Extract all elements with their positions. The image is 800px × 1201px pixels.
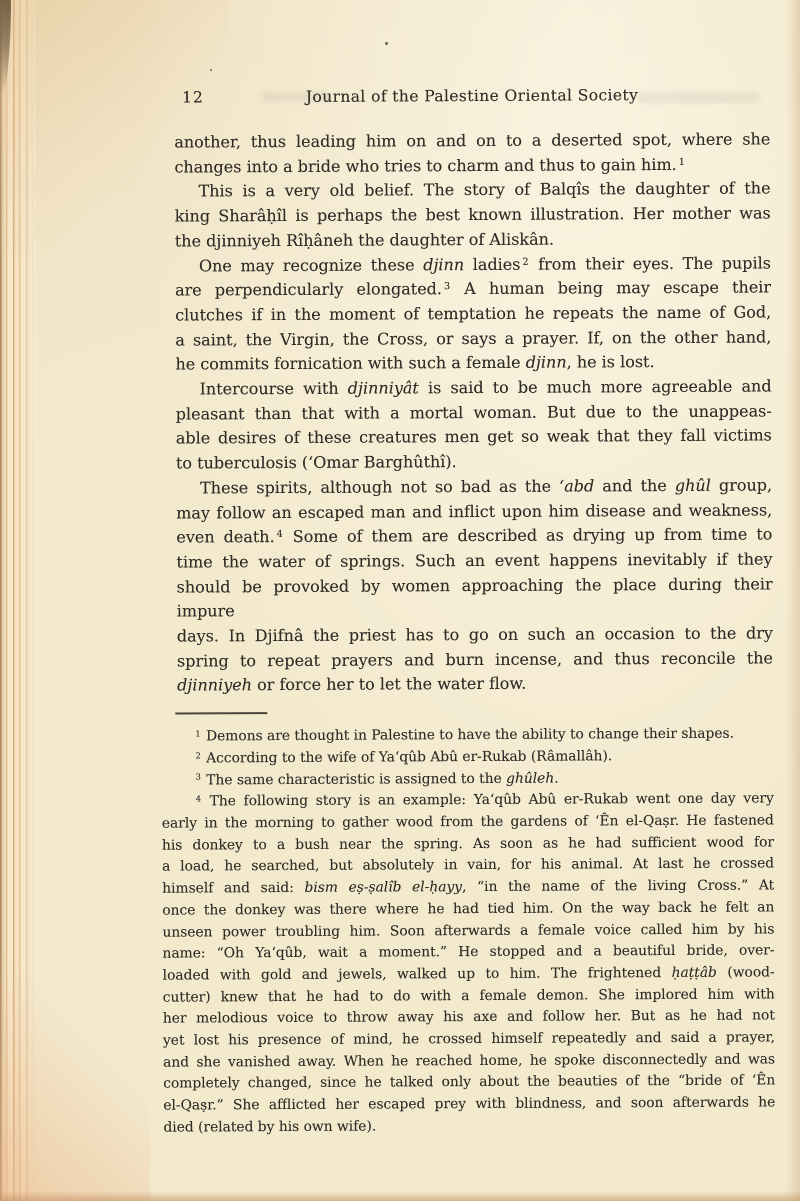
text-line: clutches if in the moment of temptation … (175, 300, 771, 328)
text-line: should be provoked by women approaching … (177, 572, 773, 625)
text-line: days. In Djifnâ the priest has to go on … (177, 621, 773, 649)
text-line: even death.4 Some of them are described … (176, 523, 772, 551)
footnote-marker: 2 (195, 750, 200, 760)
paragraph: Intercourse with djinniyât is said to be… (176, 374, 773, 476)
text-line: 3 The same characteristic is assigned to… (162, 767, 774, 792)
text-line: may follow an escaped man and inflict up… (176, 498, 772, 526)
paragraph: 2 According to the wife of Ya‘qûb Abû er… (161, 745, 773, 770)
ink-speck (210, 69, 212, 71)
paragraph: 1 Demons are thought in Palestine to hav… (161, 724, 773, 749)
footnotes: 1 Demons are thought in Palestine to hav… (161, 724, 775, 1140)
text-line: he commits fornication with such a femal… (175, 350, 771, 378)
text-line: her melodious voice to throw away his ax… (163, 1006, 775, 1031)
paragraph: 3 The same characteristic is assigned to… (162, 767, 774, 792)
text-line: el-Qaṣr.” She afflicted her escaped prey… (163, 1093, 775, 1118)
text-line: pleasant than that with a mortal woman. … (176, 399, 772, 427)
paragraph: This is a very old belief. The story of … (174, 177, 770, 254)
text-line: are perpendicularly elongated.3 A human … (175, 276, 771, 304)
footnote-marker: 3 (196, 772, 201, 782)
page-number: 12 (182, 87, 204, 107)
text-line: djinniyeh or force her to let the water … (177, 671, 773, 699)
footnote-marker: 3 (444, 282, 450, 293)
footnote-separator (175, 712, 267, 714)
text-line: once the donkey was there where he had t… (162, 897, 774, 922)
page-bottom-edge-shade (0, 1191, 800, 1201)
text-line: This is a very old belief. The story of … (174, 177, 770, 205)
text-line: unseen power troubling him. Soon afterwa… (162, 919, 774, 944)
text-line: spring to repeat prayers and burn incens… (177, 646, 773, 674)
ink-speck (385, 42, 388, 45)
footnote-marker: 4 (196, 794, 201, 804)
text-line: a saint, the Virgin, the Cross, or says … (175, 325, 771, 353)
text-line: king Sharâḥîl is perhaps the best known … (175, 202, 771, 230)
page-right-edge-shade (786, 0, 800, 1201)
text-line: his donkey to a bush near the spring. As… (162, 832, 774, 857)
text-line: cutter) knew that he had to do with a fe… (163, 984, 775, 1009)
text-line: 2 According to the wife of Ya‘qûb Abû er… (161, 745, 773, 770)
footnote-marker: 4 (277, 529, 283, 540)
text-line: another, thus leading him on and on to a… (174, 127, 770, 155)
text-line: completely changed, since he talked only… (163, 1071, 775, 1096)
text-line: Intercourse with djinniyât is said to be… (176, 374, 772, 402)
body-text: another, thus leading him on and on to a… (174, 127, 773, 698)
journal-title: Journal of the Palestine Oriental Societ… (174, 84, 770, 107)
text-line: himself and said: bism eṣ-ṣalîb el-ḥayy,… (162, 876, 774, 901)
book-edge-shadow-bottom (0, 931, 150, 1201)
page-content: 12 Journal of the Palestine Oriental Soc… (174, 84, 775, 1139)
paragraph: another, thus leading him on and on to a… (174, 127, 770, 180)
text-line: and she vanished away. When he reached h… (163, 1049, 775, 1074)
paragraph: One may recognize these djinn ladies2 fr… (175, 251, 772, 378)
paragraph: 4 The following story is an example: Ya‘… (162, 789, 776, 1139)
page-scan: 12 Journal of the Palestine Oriental Soc… (0, 0, 800, 1201)
footnote-marker: 1 (679, 157, 685, 168)
text-line: the djinniyeh Rîḥâneh the daughter of Al… (175, 226, 771, 254)
text-line: died (related by his own wife). (163, 1114, 775, 1139)
text-line: a load, he searched, but absolutely in v… (162, 854, 774, 879)
text-line: able desires of these creatures men get … (176, 424, 772, 452)
text-line: yet lost his presence of mind, he crosse… (163, 1027, 775, 1052)
paragraph: These spirits, although not so bad as th… (176, 473, 773, 698)
text-line: changes into a bride who tries to charm … (174, 152, 770, 180)
text-line: loaded with gold and jewels, walked up t… (163, 962, 775, 987)
footnote-marker: 2 (522, 256, 528, 267)
page-header: 12 Journal of the Palestine Oriental Soc… (174, 84, 770, 107)
text-line: early in the morning to gather wood from… (162, 810, 774, 835)
text-line: 1 Demons are thought in Palestine to hav… (161, 724, 773, 749)
text-line: to tuberculosis (‘Omar Barghûthî). (176, 449, 772, 477)
text-line: name: “Oh Ya‘qûb, wait a moment.” He sto… (162, 941, 774, 966)
text-line: One may recognize these djinn ladies2 fr… (175, 251, 771, 279)
text-line: time the water of springs. Such an event… (176, 547, 772, 575)
footnote-marker: 1 (195, 728, 200, 738)
text-line: These spirits, although not so bad as th… (176, 473, 772, 501)
text-line: 4 The following story is an example: Ya‘… (162, 789, 774, 814)
